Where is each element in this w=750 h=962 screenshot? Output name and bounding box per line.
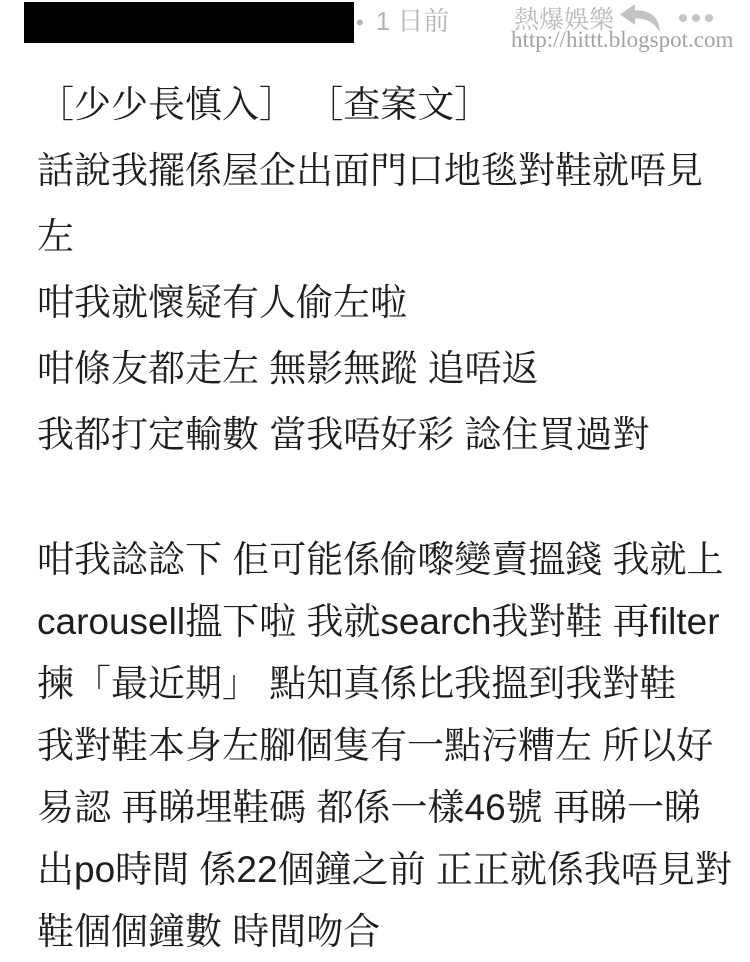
post-text-line: 咁我就懷疑有人偷左啦 (37, 270, 730, 336)
post-text-line: 我對鞋本身左腳個隻有一點污糟左 所以好 (37, 715, 730, 777)
post-body-block-2: 咁我諗諗下 佢可能係偷嚟變賣搵錢 我就上 carousell搵下啦 我就sear… (37, 529, 730, 962)
post-body-block-1: ［少少長慎入］ ［查案文］ 話說我擺係屋企出面門口地毯對鞋就唔見 左 咁我就懷疑… (37, 72, 730, 468)
dot-icon (679, 14, 687, 22)
post-text-line: carousell搵下啦 我就search我對鞋 再filter (37, 591, 730, 653)
post-text-line: 出po時間 係22個鐘之前 正正就係我唔見對 (37, 839, 730, 901)
post-timestamp[interactable]: •1 日前 (356, 6, 449, 38)
dot-icon (705, 14, 713, 22)
separator-dot-icon: • (356, 10, 364, 35)
post-menu-button[interactable] (679, 14, 713, 22)
post-text-line: 我都打定輸數 當我唔好彩 諗住買過對 (37, 402, 730, 468)
timestamp-label: 1 日前 (376, 6, 450, 36)
post-text-line: 話說我擺係屋企出面門口地毯對鞋就唔見 (37, 138, 730, 204)
post-text-line: 咁條友都走左 無影無蹤 追唔返 (37, 336, 730, 402)
dot-icon (692, 14, 700, 22)
post-text-line: 易認 再睇埋鞋碼 都係一樣46號 再睇一睇 (37, 777, 730, 839)
post-title-line: ［少少長慎入］ ［查案文］ (37, 72, 730, 138)
author-name-redacted[interactable] (24, 2, 354, 43)
post-text-line: 揀「最近期」 點知真係比我搵到我對鞋 (37, 653, 730, 715)
post-text-line: 左 (37, 204, 730, 270)
post-text-line: 咁我諗諗下 佢可能係偷嚟變賣搵錢 我就上 (37, 529, 730, 591)
post-text-line: 鞋個個鐘數 時間吻合 (37, 901, 730, 962)
watermark-url: http://hittt.blogspot.com (511, 27, 733, 53)
